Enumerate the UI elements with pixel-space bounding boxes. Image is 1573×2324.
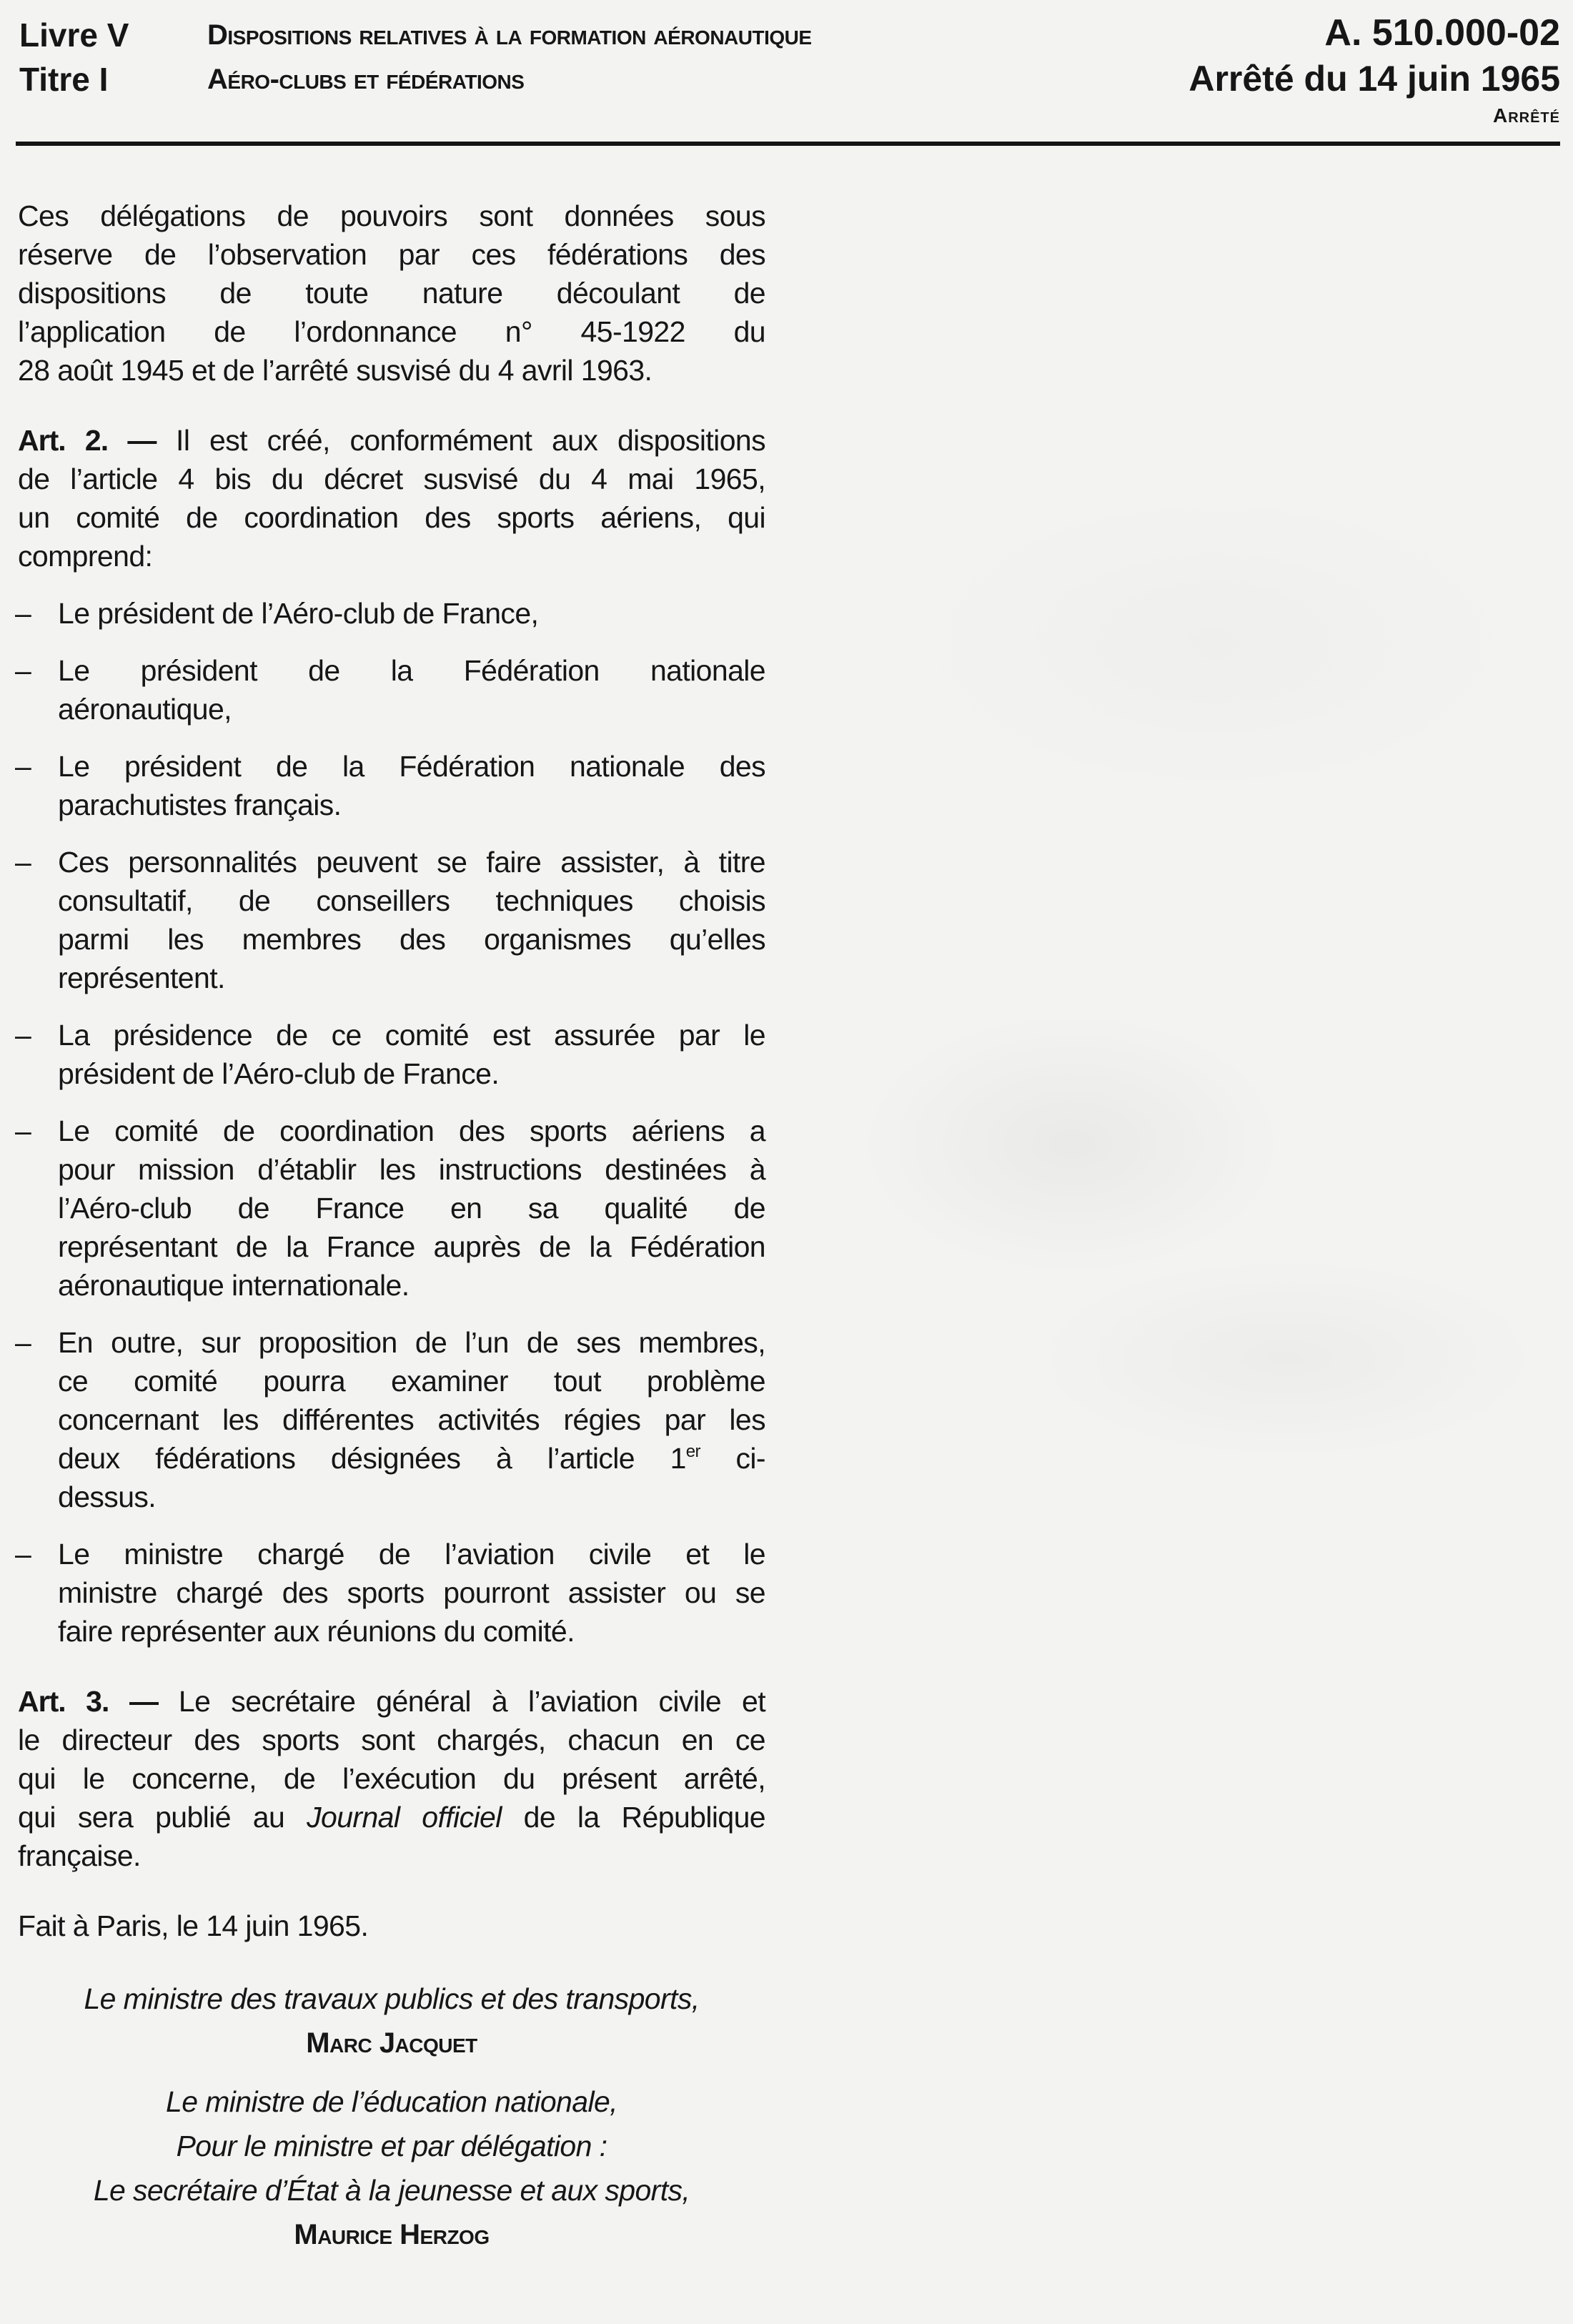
text-line: de l’article 4 bis du décret susvisé du … bbox=[18, 460, 765, 498]
header-rule bbox=[16, 142, 1560, 146]
text-line: parmi les membres des organismes qu’elle… bbox=[58, 920, 765, 959]
text-line: l’application de l’ordonnance n° 45-1922… bbox=[18, 312, 765, 351]
dash-bullet: – bbox=[15, 1323, 31, 1362]
article-2: Art. 2. — Il est créé, conformément aux … bbox=[18, 421, 765, 575]
dash-bullet: – bbox=[15, 651, 31, 690]
dash-bullet: – bbox=[15, 1016, 31, 1054]
text-line: Ces personnalités peuvent se faire assis… bbox=[58, 843, 765, 881]
list-item: – Ces personnalités peuvent se faire ass… bbox=[18, 843, 765, 997]
text-line: président de l’Aéro-club de France. bbox=[58, 1054, 765, 1093]
superscript: er bbox=[686, 1442, 700, 1461]
text-fragment: qui sera publié au bbox=[18, 1801, 307, 1834]
text-line: Le président de la Fédération nationale bbox=[58, 651, 765, 690]
place-and-date: Fait à Paris, le 14 juin 1965. bbox=[18, 1907, 765, 1945]
text-line: française. bbox=[18, 1836, 765, 1875]
text-line: Le comité de coordination des sports aér… bbox=[58, 1112, 765, 1150]
text-line: dessus. bbox=[58, 1478, 765, 1516]
text-line: concernant les différentes activités rég… bbox=[58, 1400, 765, 1439]
text-line: représentant de la France auprès de la F… bbox=[58, 1227, 765, 1266]
spacer bbox=[18, 2065, 765, 2080]
text-line: ministre chargé des sports pourront assi… bbox=[58, 1573, 765, 1612]
text-fragment: ci- bbox=[700, 1442, 765, 1475]
committee-members-list: – Le président de l’Aéro-club de France,… bbox=[18, 594, 765, 1651]
section-title: Dispositions relatives à la formation aé… bbox=[207, 13, 812, 57]
header-left: Livre V Titre I bbox=[19, 13, 129, 102]
text-line: qui sera publié au Journal officiel de l… bbox=[18, 1798, 765, 1836]
text-line: dispositions de toute nature découlant d… bbox=[18, 274, 765, 312]
text-line: réserve de l’observation par ces fédérat… bbox=[18, 235, 765, 274]
article-3: Art. 3. — Le secrétaire général à l’avia… bbox=[18, 1682, 765, 1875]
text-line: le directeur des sports sont chargés, ch… bbox=[18, 1721, 765, 1759]
signature-block: Le ministre des travaux publics et des t… bbox=[18, 1977, 765, 2257]
journal-officiel-title: Journal officiel bbox=[307, 1801, 502, 1834]
dash-bullet: – bbox=[15, 747, 31, 786]
text-line: représentent. bbox=[58, 959, 765, 997]
text-line: 28 août 1945 et de l’arrêté susvisé du 4… bbox=[18, 351, 765, 390]
list-item: – Le président de l’Aéro-club de France, bbox=[18, 594, 765, 633]
dash-bullet: – bbox=[15, 1535, 31, 1573]
text-line: Art. 3. — Le secrétaire général à l’avia… bbox=[18, 1682, 765, 1721]
text-line: La présidence de ce comité est assurée p… bbox=[58, 1016, 765, 1054]
text-line: faire représenter aux réunions du comité… bbox=[58, 1612, 765, 1651]
header-right: A. 510.000-02 Arrêté du 14 juin 1965 Arr… bbox=[1189, 10, 1560, 130]
text-line: En outre, sur proposition de l’un de ses… bbox=[58, 1323, 765, 1362]
text-line: Le président de l’Aéro-club de France, bbox=[58, 594, 765, 633]
list-item: – En outre, sur proposition de l’un de s… bbox=[18, 1323, 765, 1516]
signatory-title: Pour le ministre et par délégation : bbox=[18, 2124, 765, 2168]
text-line: Ces délégations de pouvoirs sont données… bbox=[18, 197, 765, 235]
text-line: aéronautique internationale. bbox=[58, 1266, 765, 1305]
text-line: consultatif, de conseillers techniques c… bbox=[58, 881, 765, 920]
document-type: Arrêté bbox=[1189, 102, 1560, 130]
list-item: – Le ministre chargé de l’aviation civil… bbox=[18, 1535, 765, 1651]
text-line: ce comité pourra examiner tout problème bbox=[58, 1362, 765, 1400]
text-line: Art. 2. — Il est créé, conformément aux … bbox=[18, 421, 765, 460]
text-line: l’Aéro-club de France en sa qualité de bbox=[58, 1189, 765, 1227]
body-column: Ces délégations de pouvoirs sont données… bbox=[18, 197, 765, 2257]
dash-bullet: – bbox=[15, 843, 31, 881]
intro-paragraph: Ces délégations de pouvoirs sont données… bbox=[18, 197, 765, 390]
article-label: Art. 3. — bbox=[18, 1685, 158, 1718]
text-fragment: Le secrétaire général à l’aviation civil… bbox=[158, 1685, 765, 1718]
text-fragment: deux fédérations désignées à l’article 1 bbox=[58, 1442, 686, 1475]
text-line: qui le concerne, de l’exécution du prése… bbox=[18, 1759, 765, 1798]
text-line: comprend: bbox=[18, 537, 765, 575]
list-item: – Le président de la Fédération national… bbox=[18, 747, 765, 824]
text-fragment: de la République bbox=[502, 1801, 765, 1834]
signatory-title: Le ministre des travaux publics et des t… bbox=[18, 1977, 765, 2021]
subsection-title: Aéro-clubs et fédérations bbox=[207, 57, 812, 102]
list-item: – La présidence de ce comité est assurée… bbox=[18, 1016, 765, 1093]
article-label: Art. 2. — bbox=[18, 424, 156, 457]
text-line: Fait à Paris, le 14 juin 1965. bbox=[18, 1907, 765, 1945]
header-titles: Dispositions relatives à la formation aé… bbox=[207, 13, 812, 102]
text-line: aéronautique, bbox=[58, 690, 765, 728]
text-line: un comité de coordination des sports aér… bbox=[18, 498, 765, 537]
text-line: Le président de la Fédération nationale … bbox=[58, 747, 765, 786]
livre-label: Livre V bbox=[19, 13, 129, 57]
titre-label: Titre I bbox=[19, 57, 129, 102]
text-line: pour mission d’établir les instructions … bbox=[58, 1150, 765, 1189]
document-code: A. 510.000-02 bbox=[1189, 10, 1560, 56]
signatory-title: Le secrétaire d’État à la jeunesse et au… bbox=[18, 2168, 765, 2212]
list-item: – Le comité de coordination des sports a… bbox=[18, 1112, 765, 1305]
signatory-title: Le ministre de l’éducation nationale, bbox=[18, 2080, 765, 2124]
text-line: parachutistes français. bbox=[58, 786, 765, 824]
text-line: Le ministre chargé de l’aviation civile … bbox=[58, 1535, 765, 1573]
dash-bullet: – bbox=[15, 1112, 31, 1150]
text-line: deux fédérations désignées à l’article 1… bbox=[58, 1439, 765, 1478]
document-date: Arrêté du 14 juin 1965 bbox=[1189, 56, 1560, 102]
signatory-name: Marc Jacquet bbox=[18, 2021, 765, 2065]
list-item: – Le président de la Fédération national… bbox=[18, 651, 765, 728]
dash-bullet: – bbox=[15, 594, 31, 633]
signatory-name: Maurice Herzog bbox=[18, 2212, 765, 2257]
text-fragment: Il est créé, conformément aux dispositio… bbox=[156, 424, 765, 457]
